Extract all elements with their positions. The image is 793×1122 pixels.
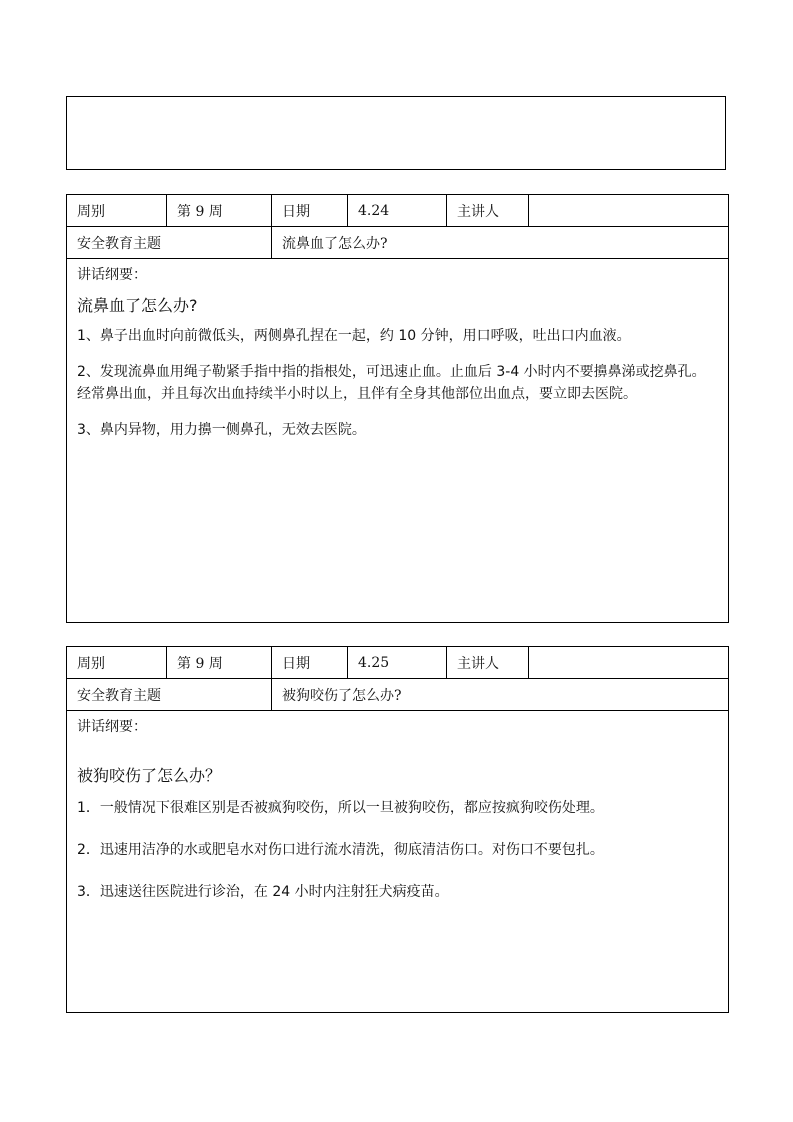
info-row: 周别 第 9 周 日期 4.24 主讲人	[67, 195, 729, 227]
week-value: 第 9 周	[167, 647, 272, 679]
theme-row: 安全教育主题 流鼻血了怎么办?	[67, 227, 729, 259]
lesson-table-1: 周别 第 9 周 日期 4.24 主讲人 安全教育主题 流鼻血了怎么办? 讲话纲…	[66, 194, 729, 623]
theme-label: 安全教育主题	[67, 227, 272, 259]
week-label: 周别	[67, 195, 167, 227]
week-value: 第 9 周	[167, 195, 272, 227]
outline-cell: 讲话纲要： 被狗咬伤了怎么办？ 1．一般情况下很难区别是否被疯狗咬伤，所以一旦被…	[67, 711, 729, 1013]
theme-row: 安全教育主题 被狗咬伤了怎么办?	[67, 679, 729, 711]
outline-item: 1、鼻子出血时向前微低头，两侧鼻孔捏在一起，约 10 分钟，用口呼吸，吐出口内血…	[77, 325, 718, 347]
outline-item: 1．一般情况下很难区别是否被疯狗咬伤，所以一旦被狗咬伤，都应按疯狗咬伤处理。	[77, 797, 718, 819]
outline-item: 3．迅速送往医院进行诊治，在 24 小时内注射狂犬病疫苗。	[77, 881, 718, 903]
outline-item: 2．迅速用洁净的水或肥皂水对伤口进行流水清洗，彻底清洁伤口。对伤口不要包扎。	[77, 839, 718, 861]
outline-heading: 流鼻血了怎么办?	[77, 295, 718, 317]
outline-item: 2、发现流鼻血用绳子勒紧手指中指的指根处，可迅速止血。止血后 3-4 小时内不要…	[77, 361, 718, 405]
outline-cell: 讲话纲要： 流鼻血了怎么办? 1、鼻子出血时向前微低头，两侧鼻孔捏在一起，约 1…	[67, 259, 729, 623]
blank-header-box	[66, 96, 726, 170]
theme-value: 流鼻血了怎么办?	[272, 227, 729, 259]
outline-label: 讲话纲要：	[77, 717, 718, 737]
speaker-value	[529, 195, 729, 227]
date-value: 4.25	[348, 647, 447, 679]
date-value: 4.24	[348, 195, 447, 227]
outline-label: 讲话纲要：	[77, 265, 718, 285]
info-row: 周别 第 9 周 日期 4.25 主讲人	[67, 647, 729, 679]
outline-row: 讲话纲要： 流鼻血了怎么办? 1、鼻子出血时向前微低头，两侧鼻孔捏在一起，约 1…	[67, 259, 729, 623]
date-label: 日期	[272, 195, 348, 227]
theme-label: 安全教育主题	[67, 679, 272, 711]
speaker-label: 主讲人	[447, 195, 529, 227]
outline-row: 讲话纲要： 被狗咬伤了怎么办？ 1．一般情况下很难区别是否被疯狗咬伤，所以一旦被…	[67, 711, 729, 1013]
outline-item: 3、鼻内异物，用力擤一侧鼻孔，无效去医院。	[77, 419, 718, 441]
speaker-value	[529, 647, 729, 679]
speaker-label: 主讲人	[447, 647, 529, 679]
week-label: 周别	[67, 647, 167, 679]
theme-value: 被狗咬伤了怎么办?	[272, 679, 729, 711]
date-label: 日期	[272, 647, 348, 679]
outline-heading: 被狗咬伤了怎么办？	[77, 765, 718, 787]
lesson-table-2: 周别 第 9 周 日期 4.25 主讲人 安全教育主题 被狗咬伤了怎么办? 讲话…	[66, 646, 729, 1013]
